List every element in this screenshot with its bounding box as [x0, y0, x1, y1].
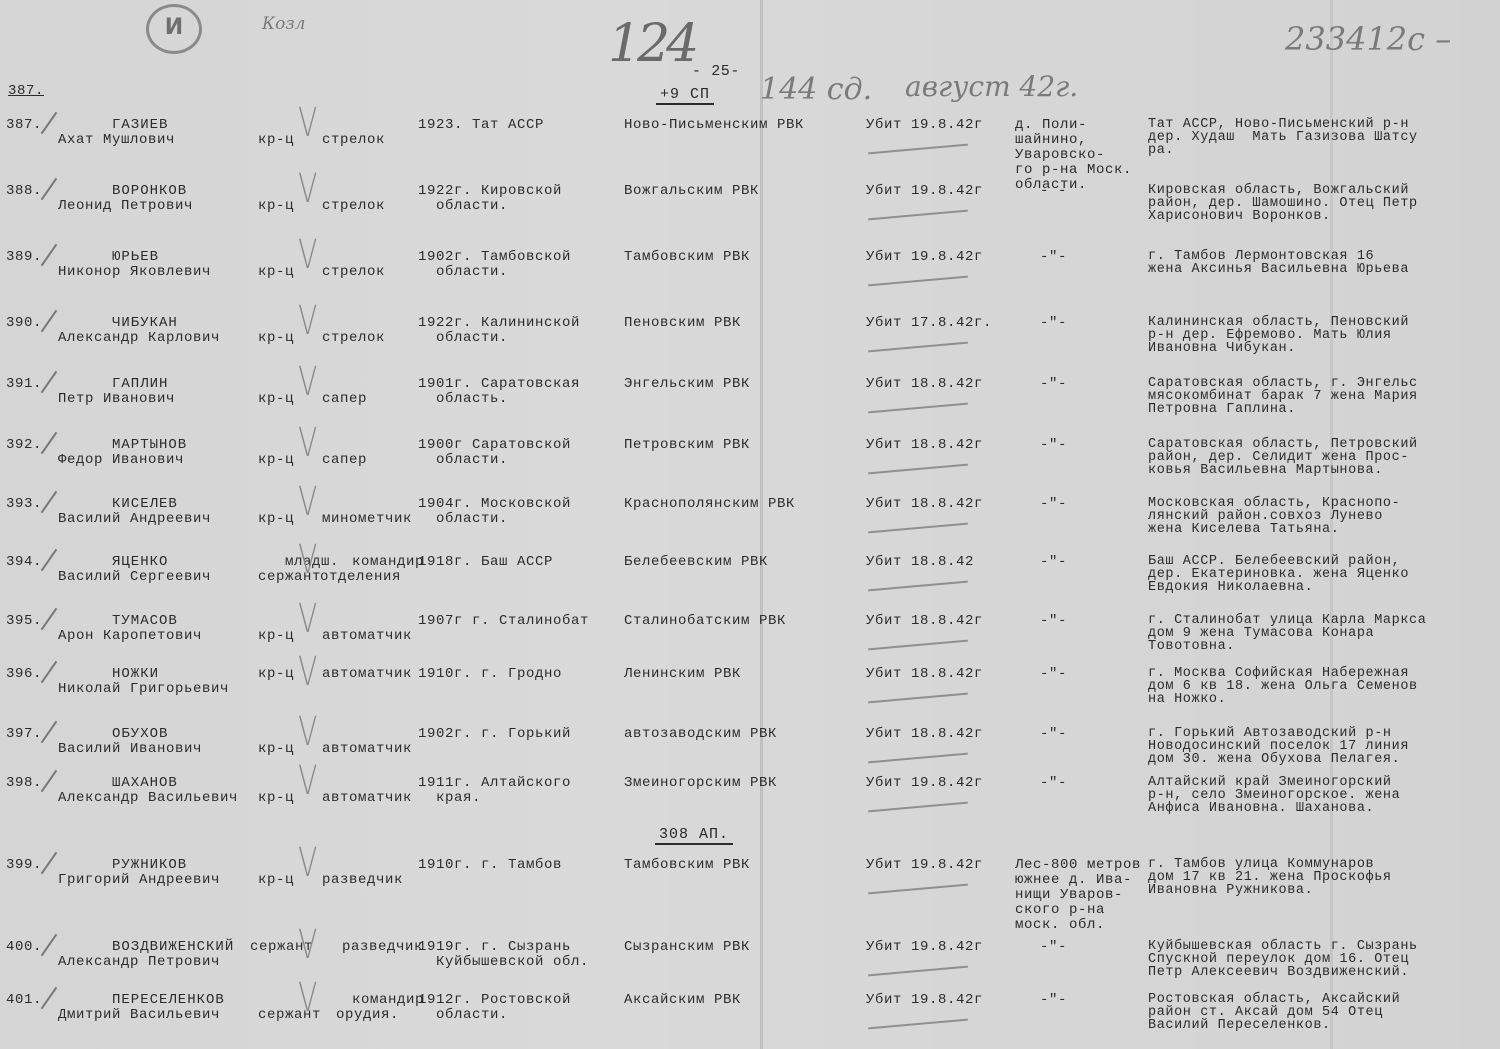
burial-place: -"- — [1040, 250, 1067, 265]
birth-info: 1911г. Алтайского — [418, 776, 571, 791]
check-mark-icon — [41, 934, 58, 956]
role: командир — [352, 555, 424, 570]
birth-info: 1900г Саратовской — [418, 438, 571, 453]
verification-mark-icon: V — [298, 758, 317, 804]
burial-place: -"- — [1040, 993, 1067, 1008]
birth-info: 1902г. Тамбовской — [418, 250, 571, 265]
check-mark-icon — [41, 178, 58, 200]
birth-info-line2: области. — [436, 331, 508, 346]
check-mark-icon — [41, 608, 58, 630]
relatives-address: Куйбышевская область г. Сызрань Спускной… — [1148, 940, 1418, 979]
check-mark-icon — [41, 549, 58, 571]
role: стрелок — [322, 199, 385, 214]
role: сапер — [322, 453, 367, 468]
relatives-address: г. Сталинобат улица Карла Маркса дом 9 ж… — [1148, 614, 1426, 653]
surname: НОЖКИ — [112, 667, 159, 682]
fate: Убит 19.8.42г — [866, 776, 983, 791]
fate: Убит 19.8.42г — [866, 858, 983, 873]
check-mark-icon — [41, 112, 58, 134]
rank: кр-ц — [258, 133, 294, 148]
row-number: 400. — [6, 940, 42, 955]
verification-mark-icon: V — [298, 709, 317, 755]
pencil-stroke — [868, 144, 968, 155]
pencil-stroke — [868, 210, 968, 221]
row-number: 399. — [6, 858, 42, 873]
archive-number: 233412с – — [1285, 20, 1451, 58]
burial-place: -"- — [1040, 377, 1067, 392]
enlistment-office: автозаводским РВК — [624, 727, 777, 742]
role: автоматчик — [322, 791, 412, 806]
fate: Убит 18.8.42г — [866, 377, 983, 392]
burial-place: -"- — [1040, 497, 1067, 512]
fate: Убит 19.8.42г — [866, 940, 983, 955]
birth-info-line2: Куйбышевской обл. — [436, 955, 589, 970]
enlistment-office: Тамбовским РВК — [624, 250, 750, 265]
role-line2: отделения — [320, 570, 401, 585]
page-stamp-number: 124 — [608, 14, 695, 74]
burial-place: -"- — [1040, 555, 1067, 570]
birth-info: 1902г. г. Горький — [418, 727, 571, 742]
given-name: Александр Петрович — [58, 955, 220, 970]
given-name: Василий Сергеевич — [58, 570, 211, 585]
given-name: Григорий Андреевич — [58, 873, 220, 888]
verification-mark-icon: V — [298, 100, 317, 146]
pencil-stroke — [868, 753, 968, 764]
surname: МАРТЫНОВ — [112, 438, 187, 453]
row-number: 389. — [6, 250, 42, 265]
fate: Убит 19.8.42г — [866, 993, 983, 1008]
verification-mark-icon: V — [298, 840, 317, 886]
given-name: Василий Андреевич — [58, 512, 211, 527]
enlistment-office: Аксайским РВК — [624, 993, 741, 1008]
role: минометчик — [322, 512, 412, 527]
role: стрелок — [322, 133, 385, 148]
burial-place: -"- — [1040, 316, 1067, 331]
row-number: 387. — [6, 118, 42, 133]
burial-place: -"- — [1040, 667, 1067, 682]
given-name: Василий Иванович — [58, 742, 202, 757]
burial-place: -"- — [1040, 727, 1067, 742]
rank: кр-ц — [258, 512, 294, 527]
relatives-address: г. Тамбов улица Коммунаров дом 17 кв 21.… — [1148, 858, 1392, 897]
birth-info: 1922г. Кировской — [418, 184, 562, 199]
surname: ЮРЬЕВ — [112, 250, 159, 265]
enlistment-office: Тамбовским РВК — [624, 858, 750, 873]
row-number: 397. — [6, 727, 42, 742]
birth-info-line2: области. — [436, 199, 508, 214]
row-number: 392. — [6, 438, 42, 453]
pencil-stroke — [868, 403, 968, 414]
burial-place: -"- — [1040, 438, 1067, 453]
birth-info: 1907г г. Сталинобат — [418, 614, 589, 629]
row-number: 401. — [6, 993, 42, 1008]
surname: ШАХАНОВ — [112, 776, 178, 791]
division-note: 144 сд. — [760, 72, 872, 107]
verification-mark-icon: V — [298, 596, 317, 642]
given-name: Дмитрий Васильевич — [58, 1008, 220, 1023]
given-name: Петр Иванович — [58, 392, 175, 407]
pencil-stroke — [868, 464, 968, 475]
row-number: 395. — [6, 614, 42, 629]
burial-place: -"- — [1040, 776, 1067, 791]
row-number: 394. — [6, 555, 42, 570]
enlistment-office: Вожгальским РВК — [624, 184, 759, 199]
surname: ТУМАСОВ — [112, 614, 178, 629]
birth-info-line2: области. — [436, 453, 508, 468]
check-mark-icon — [41, 310, 58, 332]
relatives-address: Баш АССР. Белебеевский район, дер. Екате… — [1148, 555, 1409, 594]
birth-info-line2: области. — [436, 1008, 508, 1023]
surname: РУЖНИКОВ — [112, 858, 187, 873]
burial-place: -"- — [1040, 940, 1067, 955]
fate: Убит 18.8.42 — [866, 555, 974, 570]
relatives-address: Саратовская область, Петровский район, д… — [1148, 438, 1418, 477]
enlistment-office: Краснополянским РВК — [624, 497, 795, 512]
relatives-address: Алтайский край Змеиногорский р-н, село З… — [1148, 776, 1400, 815]
check-mark-icon — [41, 987, 58, 1009]
rank: кр-ц — [258, 791, 294, 806]
role-line2: орудия. — [336, 1008, 399, 1023]
birth-info-line2: область. — [436, 392, 508, 407]
surname: ВОРОНКОВ — [112, 184, 187, 199]
surname: ЯЦЕНКО — [112, 555, 168, 570]
relatives-address: Московская область, Краснопо- лянский ра… — [1148, 497, 1400, 536]
surname: ВОЗДВИЖЕНСКИЙ — [112, 940, 234, 955]
verification-mark-icon: V — [298, 649, 317, 695]
date-note: август 42г. — [905, 70, 1078, 103]
burial-place: -"- — [1040, 614, 1067, 629]
fate: Убит 18.8.42г — [866, 667, 983, 682]
birth-info: 1904г. Московской — [418, 497, 571, 512]
enlistment-office: Петровским РВК — [624, 438, 750, 453]
unit-title: 308 АП. — [655, 826, 733, 845]
given-name: Никонор Яковлевич — [58, 265, 211, 280]
enlistment-office: Белебеевским РВК — [624, 555, 768, 570]
enlistment-office: Сталинобатским РВК — [624, 614, 786, 629]
pencil-stroke — [868, 342, 968, 353]
paper-fold — [760, 0, 763, 1049]
pencil-stroke — [868, 640, 968, 651]
check-mark-icon — [41, 770, 58, 792]
role: стрелок — [322, 265, 385, 280]
surname: ГАЗИЕВ — [112, 118, 168, 133]
fate: Убит 18.8.42г — [866, 727, 983, 742]
fate: Убит 18.8.42г — [866, 438, 983, 453]
role: разведчик — [322, 873, 403, 888]
verification-mark-icon: V — [298, 537, 317, 583]
burial-place: Лес-800 метров южнее д. Ива- нищи Уваров… — [1015, 858, 1141, 933]
pencil-stroke — [868, 966, 968, 977]
check-mark-icon — [41, 852, 58, 874]
pencil-stroke — [868, 276, 968, 287]
relatives-address: Ростовская область, Аксайский район ст. … — [1148, 993, 1400, 1032]
given-name: Федор Иванович — [58, 453, 184, 468]
enlistment-office: Энгельским РВК — [624, 377, 750, 392]
pencil-stroke — [868, 884, 968, 895]
rank: кр-ц — [258, 873, 294, 888]
given-name: Николай Григорьевич — [58, 682, 229, 697]
pencil-stroke — [868, 693, 968, 704]
rank: кр-ц — [258, 742, 294, 757]
verification-mark-icon: V — [298, 420, 317, 466]
relatives-address: Саратовская область, г. Энгельс мясокомб… — [1148, 377, 1418, 416]
rank: кр-ц — [258, 392, 294, 407]
surname: ГАПЛИН — [112, 377, 168, 392]
row-number: 390. — [6, 316, 42, 331]
rank: кр-ц — [258, 667, 294, 682]
birth-info-line2: края. — [436, 791, 481, 806]
verification-mark-icon: V — [298, 359, 317, 405]
birth-info: 1910г. г. Тамбов — [418, 858, 562, 873]
verification-mark-icon: V — [298, 479, 317, 525]
fate: Убит 18.8.42г — [866, 614, 983, 629]
birth-info: 1922г. Калининской — [418, 316, 580, 331]
verification-mark-icon: V — [298, 166, 317, 212]
surname: КИСЕЛЕВ — [112, 497, 178, 512]
role: стрелок — [322, 331, 385, 346]
given-name: Александр Карлович — [58, 331, 220, 346]
relatives-address: г. Тамбов Лермонтовская 16 жена Аксинья … — [1148, 250, 1409, 276]
check-mark-icon — [41, 432, 58, 454]
fate: Убит 18.8.42г — [866, 497, 983, 512]
birth-info: 1910г. г. Гродно — [418, 667, 562, 682]
fate: Убит 19.8.42г — [866, 118, 983, 133]
verification-mark-icon: V — [298, 922, 317, 968]
row-number: 398. — [6, 776, 42, 791]
check-mark-icon — [41, 491, 58, 513]
given-name: Леонид Петрович — [58, 199, 193, 214]
birth-info-line2: области. — [436, 512, 508, 527]
role: разведчик — [342, 940, 423, 955]
birth-info: 1901г. Саратовская — [418, 377, 580, 392]
enlistment-office: Ново-Письменским РВК — [624, 118, 804, 133]
relatives-address: г. Москва Софийская Набережная дом 6 кв … — [1148, 667, 1418, 706]
handwritten-note: Козл — [262, 14, 306, 34]
pencil-stroke — [868, 523, 968, 534]
verification-mark-icon: V — [298, 232, 317, 278]
burial-place: д. Поли- шайнино, Уваровско- го р-на Мос… — [1015, 118, 1132, 193]
given-name: Александр Васильевич — [58, 791, 238, 806]
check-mark-icon — [41, 371, 58, 393]
row-number: 388. — [6, 184, 42, 199]
birth-info: 1923. Тат АССР — [418, 118, 544, 133]
typed-page-number: - 25- — [692, 64, 740, 79]
relatives-address: Тат АССР, Ново-Письменский р-н дер. Худа… — [1148, 118, 1418, 157]
circled-mark: И — [146, 4, 202, 54]
enlistment-office: Сызранским РВК — [624, 940, 750, 955]
rank: кр-ц — [258, 629, 294, 644]
given-name: Арон Каропетович — [58, 629, 202, 644]
birth-info: 1919г. г. Сызрань — [418, 940, 571, 955]
role: автоматчик — [322, 742, 412, 757]
enlistment-office: Змеиногорским РВК — [624, 776, 777, 791]
surname: ЧИБУКАН — [112, 316, 178, 331]
relatives-address: Калининская область, Пеновский р-н дер. … — [1148, 316, 1409, 355]
enlistment-office: Ленинским РВК — [624, 667, 741, 682]
document-page: И Козл 124 - 25- 144 сд. август 42г. 233… — [0, 0, 1500, 1049]
pencil-stroke — [868, 1019, 968, 1030]
fate: Убит 19.8.42г — [866, 184, 983, 199]
top-ref: 387. — [8, 84, 44, 99]
relatives-address: Кировская область, Вожгальский район, де… — [1148, 184, 1418, 223]
rank: кр-ц — [258, 453, 294, 468]
enlistment-office: Пеновским РВК — [624, 316, 741, 331]
relatives-address: г. Горький Автозаводский р-н Новодосинск… — [1148, 727, 1409, 766]
verification-mark-icon: V — [298, 975, 317, 1021]
check-mark-icon — [41, 244, 58, 266]
verification-mark-icon: V — [298, 298, 317, 344]
surname: ПЕРЕСЕЛЕНКОВ — [112, 993, 225, 1008]
pencil-stroke — [868, 581, 968, 592]
surname: ОБУХОВ — [112, 727, 168, 742]
row-number: 396. — [6, 667, 42, 682]
role: автоматчик — [322, 667, 412, 682]
given-name: Ахат Мушлович — [58, 133, 175, 148]
role: автоматчик — [322, 629, 412, 644]
rank: кр-ц — [258, 265, 294, 280]
fate: Убит 17.8.42г. — [866, 316, 992, 331]
row-number: 391. — [6, 377, 42, 392]
row-number: 393. — [6, 497, 42, 512]
rank: кр-ц — [258, 199, 294, 214]
check-mark-icon — [41, 721, 58, 743]
fate: Убит 19.8.42г — [866, 250, 983, 265]
birth-info: 1918г. Баш АССР — [418, 555, 553, 570]
role: командир — [352, 993, 424, 1008]
role: сапер — [322, 392, 367, 407]
birth-info-line2: области. — [436, 265, 508, 280]
check-mark-icon — [41, 661, 58, 683]
pencil-stroke — [868, 802, 968, 813]
birth-info: 1912г. Ростовской — [418, 993, 571, 1008]
rank: кр-ц — [258, 331, 294, 346]
unit-title: +9 СП — [656, 86, 714, 105]
burial-place: - - — [1040, 184, 1067, 199]
